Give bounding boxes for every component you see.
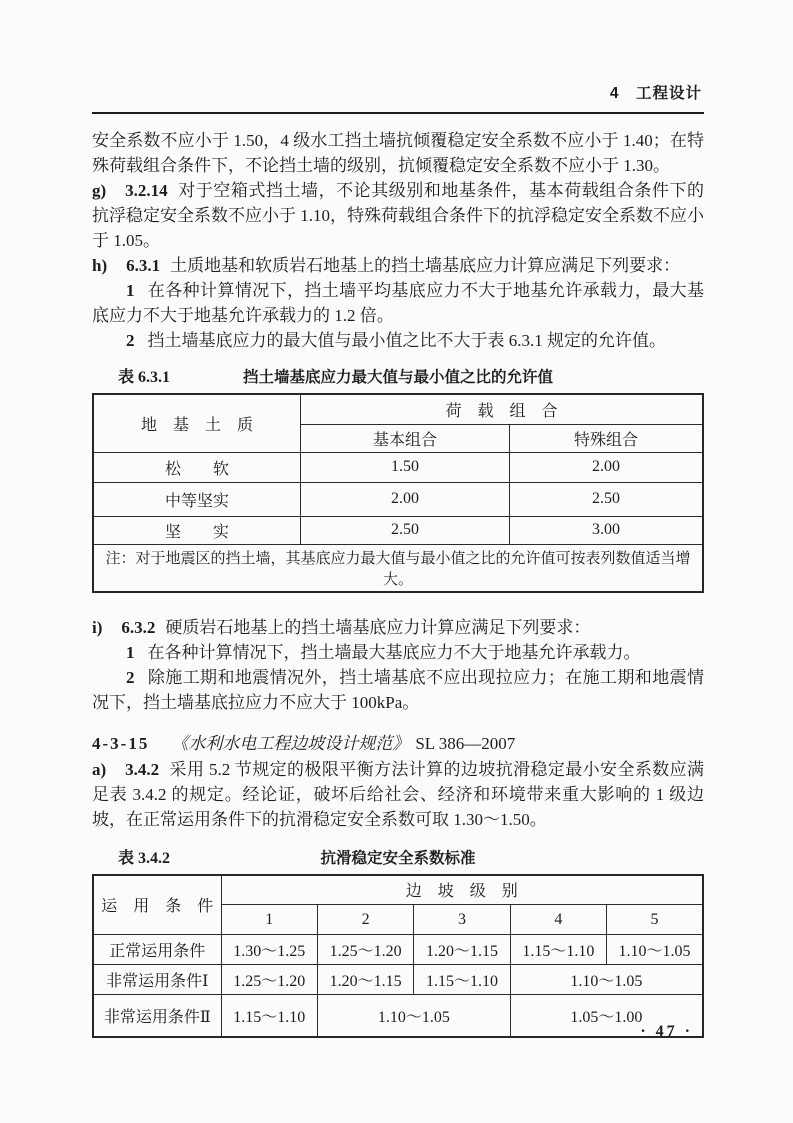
table-note: 注：对于地震区的挡土墙，其基底应力最大值与最小值之比的允许值可按表列数值适当增大… xyxy=(93,544,703,592)
running-head: 4 工程设计 xyxy=(92,84,704,104)
clause-text: 土质地基和软质岩石地基上的挡土墙基底应力计算应满足下列要求： xyxy=(170,256,680,275)
header-cell-grade-2: 2 xyxy=(317,905,413,935)
paragraph-item-g: g)3.2.14对于空箱式挡土墙，不论其级别和地基条件，基本荷载组合条件下的抗浮… xyxy=(92,178,704,253)
sub-item-text: 除施工期和地震情况外，挡土墙基底不应出现拉应力；在施工期和地震情况下，挡土墙基底… xyxy=(92,668,704,712)
cell-value: 1.15～1.10 xyxy=(414,965,510,995)
header-cell-grade-5: 5 xyxy=(607,905,703,935)
clause-number-3-2-14: 3.2.14 xyxy=(125,181,168,200)
paragraph-i-sub2: 2除施工期和地震情况外，挡土墙基底不应出现拉应力；在施工期和地震情况下，挡土墙基… xyxy=(92,665,704,715)
cell-value: 1.30～1.25 xyxy=(221,935,317,965)
table-342-label: 表 3.4.2 xyxy=(118,848,170,869)
table-row: 正常运用条件 1.30～1.25 1.25～1.20 1.20～1.15 1.1… xyxy=(93,935,703,965)
clause-text: 对于空箱式挡土墙，不论其级别和地基条件，基本荷载组合条件下的抗浮稳定安全系数不应… xyxy=(92,181,704,250)
cell-value-merged: 1.10～1.05 xyxy=(317,995,510,1037)
clause-number-6-3-2: 6.3.2 xyxy=(121,618,155,637)
cell-value: 1.20～1.15 xyxy=(317,965,413,995)
sub-item-number: 1 xyxy=(126,281,135,300)
page-content: 4 工程设计 安全系数不应小于 1.50，4 级水工挡土墙抗倾覆稳定安全系数不应… xyxy=(92,84,704,1038)
cell-value: 1.25～1.20 xyxy=(221,965,317,995)
paragraph-item-a: a)3.4.2采用 5.2 节规定的极限平衡方法计算的边坡抗滑稳定最小安全系数应… xyxy=(92,757,704,832)
table-631-label: 表 6.3.1 xyxy=(118,367,170,388)
cell-value: 2.50 xyxy=(510,482,703,516)
header-cell-load-combination: 荷 载 组 合 xyxy=(300,394,703,424)
sub-item-text: 挡土墙基底应力的最大值与最小值之比不大于表 6.3.1 规定的允许值。 xyxy=(148,331,667,350)
header-cell-operating-condition: 运 用 条 件 xyxy=(93,875,221,935)
cell-soil: 坚 实 xyxy=(93,516,300,544)
sub-item-number: 2 xyxy=(126,331,135,350)
header-cell-grade-3: 3 xyxy=(414,905,510,935)
page-number: · 47 · xyxy=(640,1023,693,1041)
cell-soil: 松 软 xyxy=(93,452,300,482)
cell-value: 1.50 xyxy=(300,452,509,482)
table-631: 地 基 土 质 荷 载 组 合 基本组合 特殊组合 松 软 1.50 2.00 … xyxy=(92,393,704,593)
table-342-title: 抗滑稳定安全系数标准 xyxy=(320,850,475,867)
standard-code: SL 386—2007 xyxy=(415,734,515,753)
paragraph-i-sub1: 1在各种计算情况下，挡土墙最大基底应力不大于地基允许承载力。 xyxy=(92,640,704,665)
table-631-caption: 表 6.3.1 挡土墙基底应力最大值与最小值之比的允许值 xyxy=(92,367,704,388)
paragraph-item-i: i)6.3.2硬质岩石地基上的挡土墙基底应力计算应满足下列要求： xyxy=(92,615,704,640)
header-cell-basic: 基本组合 xyxy=(300,424,509,452)
clause-text: 采用 5.2 节规定的极限平衡方法计算的边坡抗滑稳定最小安全系数应满足表 3.4… xyxy=(92,760,704,829)
cell-condition: 正常运用条件 xyxy=(93,935,221,965)
table-342: 运 用 条 件 边 坡 级 别 1 2 3 4 5 正常运用条件 1.30～1.… xyxy=(92,874,704,1038)
cell-condition: 非常运用条件Ⅰ xyxy=(93,965,221,995)
header-cell-soil-type: 地 基 土 质 xyxy=(93,394,300,452)
header-cell-slope-grade: 边 坡 级 别 xyxy=(221,875,703,905)
document-page: 4 工程设计 安全系数不应小于 1.50，4 级水工挡土墙抗倾覆稳定安全系数不应… xyxy=(0,0,793,1123)
table-row: 松 软 1.50 2.00 xyxy=(93,452,703,482)
cell-condition: 非常运用条件Ⅱ xyxy=(93,995,221,1037)
table-row: 非常运用条件Ⅰ 1.25～1.20 1.20～1.15 1.15～1.10 1.… xyxy=(93,965,703,995)
header-cell-grade-1: 1 xyxy=(221,905,317,935)
clause-text: 硬质岩石地基上的挡土墙基底应力计算应满足下列要求： xyxy=(165,618,590,637)
header-cell-grade-4: 4 xyxy=(510,905,606,935)
header-cell-special: 特殊组合 xyxy=(510,424,703,452)
cell-value: 2.00 xyxy=(300,482,509,516)
standard-title: 《水利水电工程边坡设计规范》 xyxy=(171,734,409,753)
cell-value: 1.10～1.05 xyxy=(607,935,703,965)
paragraph-item-h: h)6.3.1土质地基和软质岩石地基上的挡土墙基底应力计算应满足下列要求： xyxy=(92,253,704,278)
cell-value-merged: 1.10～1.05 xyxy=(510,965,703,995)
table-631-title: 挡土墙基底应力最大值与最小值之比的允许值 xyxy=(243,369,553,386)
table-row: 运 用 条 件 边 坡 级 别 xyxy=(93,875,703,905)
sub-item-number: 2 xyxy=(126,668,135,687)
table-row: 地 基 土 质 荷 载 组 合 xyxy=(93,394,703,424)
cell-value: 1.15～1.10 xyxy=(510,935,606,965)
header-rule xyxy=(92,112,704,114)
sub-item-text: 在各种计算情况下，挡土墙平均基底应力不大于地基允许承载力，最大基底应力不大于地基… xyxy=(92,281,704,325)
cell-value: 2.00 xyxy=(510,452,703,482)
cell-value: 2.50 xyxy=(300,516,509,544)
item-letter-h: h) xyxy=(92,256,107,275)
item-letter-g: g) xyxy=(92,181,106,200)
table-row: 注：对于地震区的挡土墙，其基底应力最大值与最小值之比的允许值可按表列数值适当增大… xyxy=(93,544,703,592)
clause-number-6-3-1: 6.3.1 xyxy=(126,256,160,275)
table-row: 坚 实 2.50 3.00 xyxy=(93,516,703,544)
cell-value: 1.20～1.15 xyxy=(414,935,510,965)
item-letter-i: i) xyxy=(92,618,102,637)
paragraph-h-sub2: 2挡土墙基底应力的最大值与最小值之比不大于表 6.3.1 规定的允许值。 xyxy=(92,328,704,353)
cell-value: 1.25～1.20 xyxy=(317,935,413,965)
table-row: 非常运用条件Ⅱ 1.15～1.10 1.10～1.05 1.05～1.00 xyxy=(93,995,703,1037)
sub-item-number: 1 xyxy=(126,643,135,662)
sub-item-text: 在各种计算情况下，挡土墙最大基底应力不大于地基允许承载力。 xyxy=(148,643,641,662)
item-letter-a: a) xyxy=(92,760,106,779)
table-342-caption: 表 3.4.2 抗滑稳定安全系数标准 xyxy=(92,848,704,869)
cell-value: 1.15～1.10 xyxy=(221,995,317,1037)
paragraph-intro: 安全系数不应小于 1.50，4 级水工挡土墙抗倾覆稳定安全系数不应小于 1.40… xyxy=(92,128,704,178)
table-row: 中等坚实 2.00 2.50 xyxy=(93,482,703,516)
standard-heading: 4-3-15《水利水电工程边坡设计规范》SL 386—2007 xyxy=(92,731,704,757)
standard-number: 4-3-15 xyxy=(92,734,149,753)
cell-value: 3.00 xyxy=(510,516,703,544)
cell-soil: 中等坚实 xyxy=(93,482,300,516)
clause-number-3-4-2: 3.4.2 xyxy=(125,760,159,779)
paragraph-h-sub1: 1在各种计算情况下，挡土墙平均基底应力不大于地基允许承载力，最大基底应力不大于地… xyxy=(92,278,704,328)
